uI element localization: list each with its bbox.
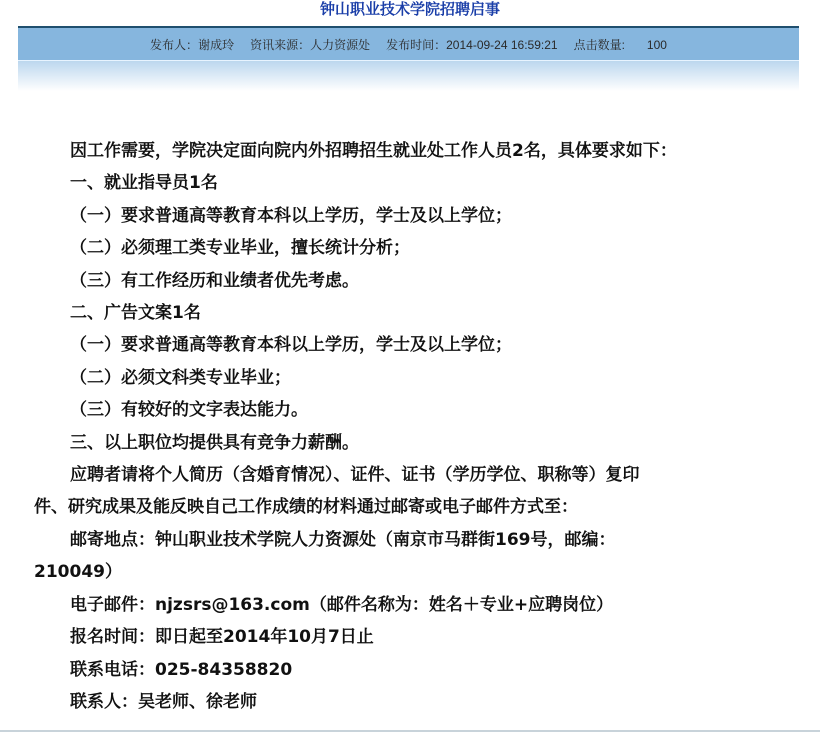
click-count-value: 100 — [647, 38, 667, 52]
phone-number: 025-84358820 — [155, 660, 292, 680]
publisher-label: 发布人： — [150, 38, 198, 52]
source-label: 资讯来源： — [250, 38, 310, 52]
section2-title: 二、广告文案1名 — [34, 297, 784, 329]
publisher-value: 谢成玲 — [198, 38, 234, 52]
intro-paragraph: 因工作需要，学院决定面向院内外招聘招生就业处工作人员2名，具体要求如下： — [34, 135, 784, 167]
publish-time-label: 发布时间： — [386, 38, 446, 52]
apply-instructions-line2: 件、研究成果及能反映自己工作成绩的材料通过邮寄或电子邮件方式至： — [34, 491, 784, 523]
click-count-label: 点击数量: — [574, 38, 625, 52]
email-note: （邮件名称为：姓名＋专业+应聘岗位） — [310, 595, 613, 615]
email-label: 电子邮件： — [70, 595, 155, 615]
article-body: 因工作需要，学院决定面向院内外招聘招生就业处工作人员2名，具体要求如下： 一、就… — [34, 135, 784, 718]
phone-line: 联系电话：025-84358820 — [34, 654, 784, 686]
info-bar-shadow — [18, 61, 799, 91]
source-value: 人力资源处 — [310, 38, 370, 52]
section1-item: （二）必须理工类专业毕业，擅长统计分析； — [34, 232, 784, 264]
section2-item: （三）有较好的文字表达能力。 — [34, 394, 784, 426]
mail-address-line1: 邮寄地点：钟山职业技术学院人力资源处（南京市马群街169号，邮编： — [34, 524, 784, 556]
section1-item: （三）有工作经历和业绩者优先考虑。 — [34, 265, 784, 297]
publish-time-info: 发布时间：2014-09-24 16:59:21 — [386, 36, 557, 53]
section1-item: （一）要求普通高等教育本科以上学历，学士及以上学位； — [34, 200, 784, 232]
phone-label: 联系电话： — [70, 660, 155, 680]
publisher-info: 发布人：谢成玲 — [150, 36, 234, 53]
section2-item: （二）必须文科类专业毕业； — [34, 362, 784, 394]
article-info-bar: 发布人：谢成玲 资讯来源：人力资源处 发布时间：2014-09-24 16:59… — [18, 28, 799, 61]
deadline-line: 报名时间：即日起至2014年10月7日止 — [34, 621, 784, 653]
section3-title: 三、以上职位均提供具有竞争力薪酬。 — [34, 427, 784, 459]
email-address: njzsrs@163.com — [155, 595, 310, 615]
footer-divider — [0, 730, 820, 732]
mail-address-line2: 210049） — [34, 556, 784, 588]
page-title: 钟山职业技术学院招聘启事 — [0, 0, 820, 22]
source-info: 资讯来源：人力资源处 — [250, 36, 370, 53]
click-count-info: 点击数量:100 — [574, 36, 667, 53]
contact-line: 联系人：吴老师、徐老师 — [34, 686, 784, 718]
publish-time-value: 2014-09-24 16:59:21 — [446, 38, 557, 52]
section1-title: 一、就业指导员1名 — [34, 167, 784, 199]
email-line: 电子邮件：njzsrs@163.com（邮件名称为：姓名＋专业+应聘岗位） — [34, 589, 784, 621]
section2-item: （一）要求普通高等教育本科以上学历，学士及以上学位； — [34, 329, 784, 361]
apply-instructions-line1: 应聘者请将个人简历（含婚育情况）、证件、证书（学历学位、职称等）复印 — [34, 459, 784, 491]
